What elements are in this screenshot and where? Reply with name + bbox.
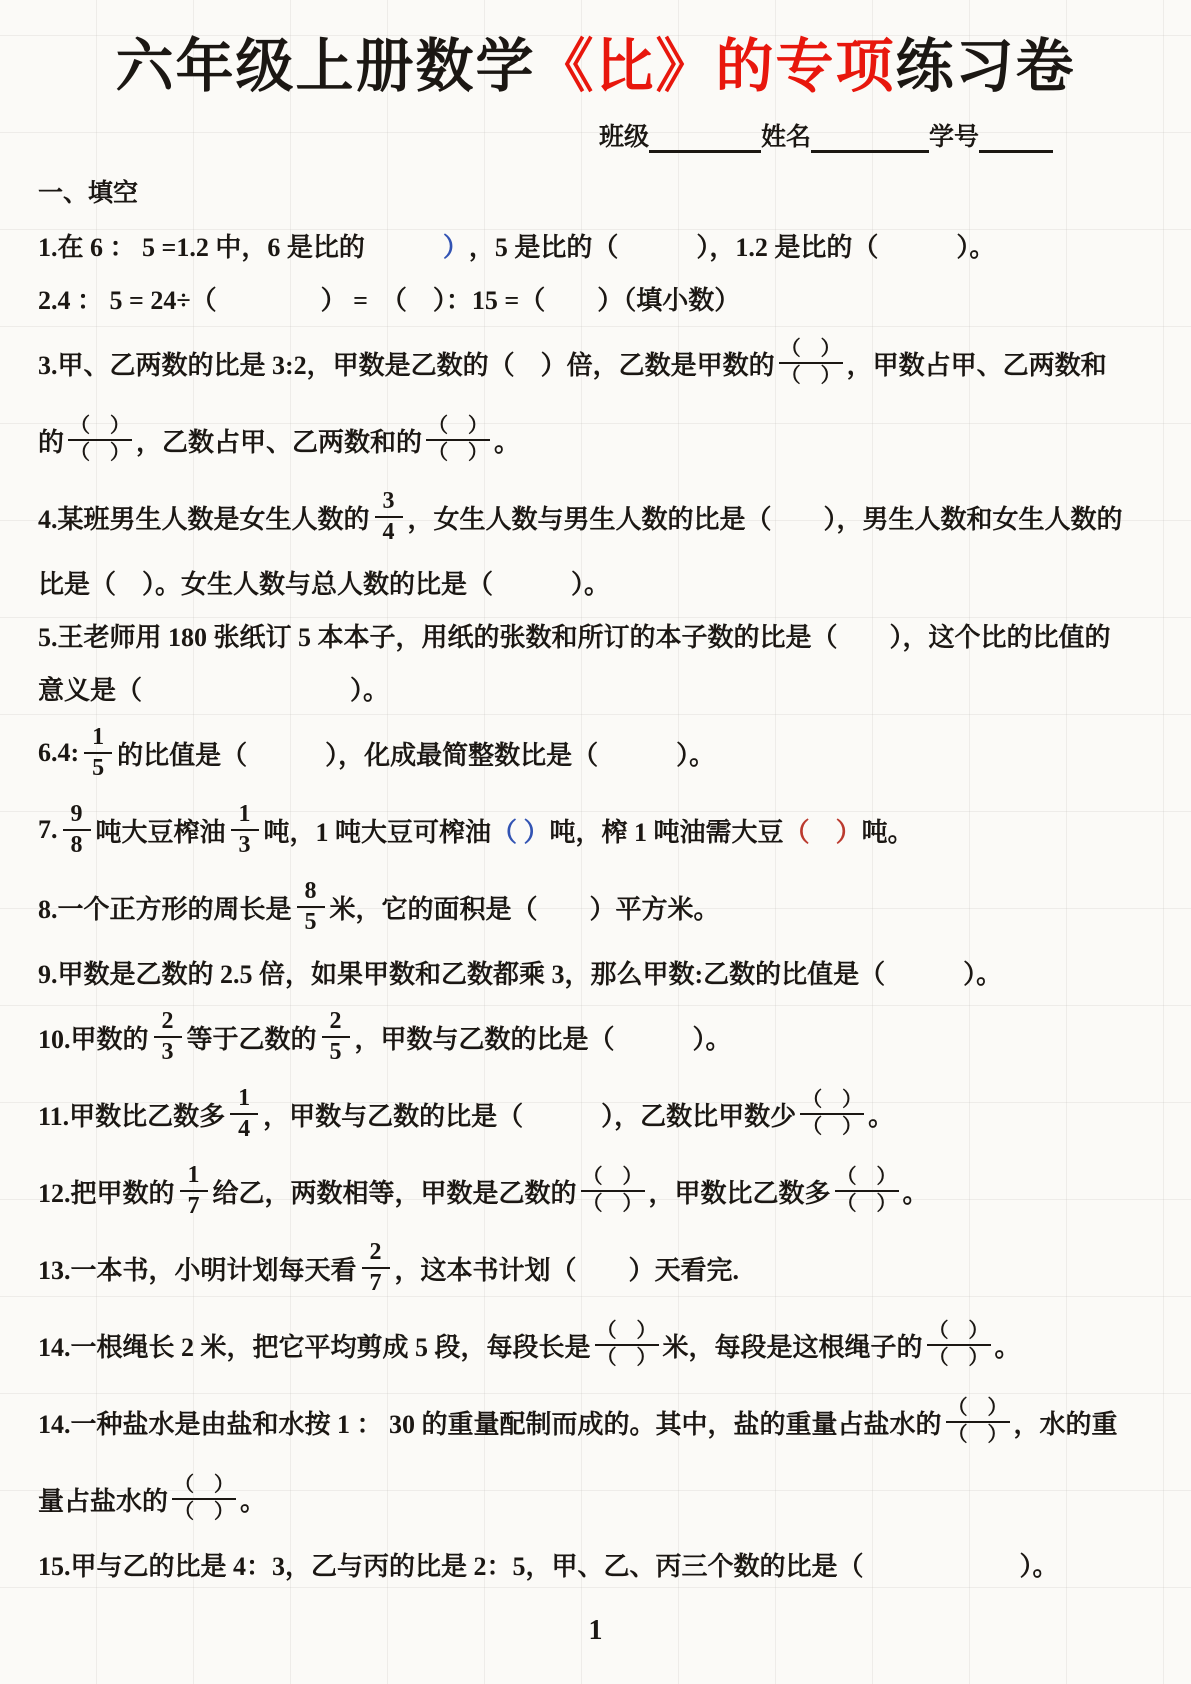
name-blank-line bbox=[811, 123, 929, 153]
fraction: 13 bbox=[231, 801, 259, 859]
question-text: ，甲数与乙数的比是（ ）。 bbox=[355, 1019, 732, 1056]
title-red-highlight: 《比》的专项 bbox=[535, 34, 895, 99]
fraction: 98 bbox=[63, 801, 91, 859]
numerator: （ ） bbox=[581, 1166, 645, 1192]
fraction: 14 bbox=[230, 1085, 258, 1143]
question-line: 量占盐水的（ ）（ ）。 bbox=[38, 1461, 1161, 1538]
question-line: 7.98吨大豆榨油13吨，1 吨大豆可榨油（ ）吨，榨 1 吨油需大豆（ ）吨。 bbox=[38, 792, 1161, 869]
question-line: 14.一种盐水是由盐和水按 1 ： 30 的重量配制而成的。其中，盐的重量占盐水… bbox=[38, 1384, 1161, 1461]
denominator: （ ） bbox=[583, 1192, 643, 1216]
numerator: 1 bbox=[230, 1085, 258, 1115]
question-text: 吨，榨 1 吨油需大豆 bbox=[550, 812, 784, 849]
denominator: （ ） bbox=[802, 1115, 862, 1139]
page-number: 1 bbox=[0, 1615, 1191, 1647]
numerator: （ ） bbox=[946, 1397, 1010, 1423]
student-info-row: 班级 姓名 学号 bbox=[0, 117, 1053, 153]
worksheet-page: 六年级上册数学《比》的专项练习卷 班级 姓名 学号 一、填空 1.在 6 ： 5… bbox=[0, 0, 1191, 1684]
numerator: （ ） bbox=[172, 1474, 236, 1500]
denominator: 3 bbox=[162, 1038, 174, 1066]
numerator: 2 bbox=[322, 1008, 350, 1038]
numerator: 2 bbox=[362, 1239, 390, 1269]
denominator: 4 bbox=[238, 1115, 250, 1143]
denominator: 5 bbox=[305, 908, 317, 936]
question-text: 3.甲、乙两数的比是 3:2，甲数是乙数的（ ）倍，乙数是甲数的 bbox=[38, 345, 775, 382]
class-label: 班级 bbox=[599, 117, 649, 153]
question-line: 4.某班男生人数是女生人数的34，女生人数与男生人数的比是（ ），男生人数和女生… bbox=[38, 479, 1161, 556]
question-text: ，这本书计划（ ）天看完. bbox=[395, 1250, 740, 1287]
question-line: 15.甲与乙的比是 4：3，乙与丙的比是 2：5，甲、乙、丙三个数的比是（ ）。 bbox=[38, 1538, 1161, 1591]
question-text: 比是（ ）。女生人数与总人数的比是（ ）。 bbox=[38, 564, 610, 601]
class-blank-line bbox=[649, 123, 761, 153]
denominator: （ ） bbox=[929, 1346, 989, 1370]
denominator: 8 bbox=[71, 831, 83, 859]
numerator: 8 bbox=[297, 878, 325, 908]
denominator: （ ） bbox=[597, 1346, 657, 1370]
question-text: ，女生人数与男生人数的比是（ ），男生人数和女生人数的 bbox=[408, 499, 1123, 536]
question-text: 4.某班男生人数是女生人数的 bbox=[38, 499, 370, 536]
question-text: 15.甲与乙的比是 4：3，乙与丙的比是 2：5，甲、乙、丙三个数的比是（ ）。 bbox=[38, 1546, 1059, 1583]
fraction: 34 bbox=[375, 488, 403, 546]
question-text: 10.甲数的 bbox=[38, 1019, 149, 1056]
question-line: 9.甲数是乙数的 2.5 倍，如果甲数和乙数都乘 3，那么甲数:乙数的比值是（ … bbox=[38, 946, 1161, 999]
numerator: （ ） bbox=[595, 1320, 659, 1346]
question-text: 吨。 bbox=[862, 812, 914, 849]
question-text: 。 bbox=[494, 422, 520, 459]
question-text: 。 bbox=[903, 1173, 929, 1210]
question-text: 吨大豆榨油 bbox=[96, 812, 226, 849]
question-text: 米，每段是这根绳子的 bbox=[663, 1327, 923, 1364]
name-field: 姓名 bbox=[761, 117, 929, 153]
question-text: 1.在 6 ： 5 =1.2 中，6 是比的 bbox=[38, 227, 443, 264]
numerator: （ ） bbox=[779, 338, 843, 364]
class-field: 班级 bbox=[599, 117, 761, 153]
question-line: 2.4 ： 5 = 24÷（ ） = （ ）：15 =（ ）（填小数） bbox=[38, 272, 1161, 325]
fraction: 15 bbox=[84, 724, 112, 782]
question-line: 的（ ）（ ），乙数占甲、乙两数和的（ ）（ ）。 bbox=[38, 402, 1161, 479]
question-line: 1.在 6 ： 5 =1.2 中，6 是比的 ），5 是比的（ ），1.2 是比… bbox=[38, 219, 1161, 272]
blank-fraction: （ ）（ ） bbox=[426, 415, 490, 465]
numerator: 3 bbox=[375, 488, 403, 518]
blank-fraction: （ ）（ ） bbox=[172, 1474, 236, 1524]
question-text: 。 bbox=[995, 1327, 1021, 1364]
blank-fraction: （ ）（ ） bbox=[927, 1320, 991, 1370]
question-text: ，甲数比乙数多 bbox=[649, 1173, 831, 1210]
question-line: 5.王老师用 180 张纸订 5 本本子，用纸的张数和所订的本子数的比是（ ），… bbox=[38, 609, 1161, 662]
numerator: （ ） bbox=[68, 415, 132, 441]
denominator: 3 bbox=[239, 831, 251, 859]
blank-fraction: （ ）（ ） bbox=[779, 338, 843, 388]
section-heading: 一、填空 bbox=[38, 173, 1191, 209]
denominator: （ ） bbox=[174, 1500, 234, 1524]
question-text: ，水的重 bbox=[1014, 1404, 1118, 1441]
student-number-label: 学号 bbox=[929, 117, 979, 153]
question-text: 给乙，两数相等，甲数是乙数的 bbox=[213, 1173, 577, 1210]
student-number-field: 学号 bbox=[929, 117, 1053, 153]
question-text: 。 bbox=[240, 1481, 266, 1518]
question-text: 7. bbox=[38, 815, 58, 845]
blank-fraction: （ ）（ ） bbox=[595, 1320, 659, 1370]
question-text: 12.把甲数的 bbox=[38, 1173, 175, 1210]
numerator: 1 bbox=[84, 724, 112, 754]
numerator: （ ） bbox=[927, 1320, 991, 1346]
question-text: 14.一种盐水是由盐和水按 1 ： 30 的重量配制而成的。其中，盐的重量占盐水… bbox=[38, 1404, 942, 1441]
worksheet-title: 六年级上册数学《比》的专项练习卷 bbox=[0, 0, 1191, 101]
blank-fraction: （ ）（ ） bbox=[68, 415, 132, 465]
denominator: （ ） bbox=[948, 1423, 1008, 1447]
denominator: 5 bbox=[92, 754, 104, 782]
question-line: 意义是（ ）。 bbox=[38, 662, 1161, 715]
question-text: 2.4 ： 5 = 24÷（ ） = （ ）：15 =（ ）（填小数） bbox=[38, 280, 740, 317]
question-line: 11.甲数比乙数多14，甲数与乙数的比是（ ），乙数比甲数少（ ）（ ）。 bbox=[38, 1076, 1161, 1153]
denominator: 4 bbox=[383, 518, 395, 546]
question-line: 3.甲、乙两数的比是 3:2，甲数是乙数的（ ）倍，乙数是甲数的（ ）（ ），甲… bbox=[38, 325, 1161, 402]
questions-list: 1.在 6 ： 5 =1.2 中，6 是比的 ），5 是比的（ ），1.2 是比… bbox=[38, 219, 1161, 1591]
question-line: 14.一根绳长 2 米，把它平均剪成 5 段，每段长是（ ）（ ）米，每段是这根… bbox=[38, 1307, 1161, 1384]
numerator: 9 bbox=[63, 801, 91, 831]
fraction: 17 bbox=[180, 1162, 208, 1220]
question-text: 13.一本书，小明计划每天看 bbox=[38, 1250, 357, 1287]
question-text: 意义是（ ）。 bbox=[38, 670, 389, 707]
blank-fraction: （ ）（ ） bbox=[581, 1166, 645, 1216]
question-text: ，乙数占甲、乙两数和的 bbox=[136, 422, 422, 459]
question-line: 比是（ ）。女生人数与总人数的比是（ ）。 bbox=[38, 556, 1161, 609]
fraction: 23 bbox=[154, 1008, 182, 1066]
numerator: 1 bbox=[231, 801, 259, 831]
numerator: （ ） bbox=[800, 1089, 864, 1115]
question-text: 9.甲数是乙数的 2.5 倍，如果甲数和乙数都乘 3，那么甲数:乙数的比值是（ … bbox=[38, 954, 1002, 991]
question-line: 10.甲数的23等于乙数的25，甲数与乙数的比是（ ）。 bbox=[38, 999, 1161, 1076]
question-text: 11.甲数比乙数多 bbox=[38, 1096, 225, 1133]
numerator: （ ） bbox=[835, 1166, 899, 1192]
question-text: 等于乙数的 bbox=[187, 1019, 317, 1056]
title-black-suffix: 练习卷 bbox=[896, 34, 1076, 99]
numerator: 1 bbox=[180, 1162, 208, 1192]
question-line: 13.一本书，小明计划每天看27，这本书计划（ ）天看完. bbox=[38, 1230, 1161, 1307]
blank-fraction: （ ）（ ） bbox=[835, 1166, 899, 1216]
question-text: 的 bbox=[38, 422, 64, 459]
pen-mark: ） bbox=[443, 227, 469, 264]
numerator: （ ） bbox=[426, 415, 490, 441]
question-text: 量占盐水的 bbox=[38, 1481, 168, 1518]
question-text: ，甲数占甲、乙两数和 bbox=[847, 345, 1107, 382]
question-text: ，5 是比的（ ），1.2 是比的（ ）。 bbox=[469, 227, 996, 264]
question-text: ，甲数与乙数的比是（ ），乙数比甲数少 bbox=[263, 1096, 796, 1133]
denominator: 7 bbox=[188, 1192, 200, 1220]
fraction: 25 bbox=[322, 1008, 350, 1066]
question-text: 的比值是（ ），化成最简整数比是（ ）。 bbox=[117, 735, 715, 772]
blank-fraction: （ ）（ ） bbox=[800, 1089, 864, 1139]
pen-mark: （ ） bbox=[784, 812, 862, 849]
pen-mark: （ ） bbox=[491, 812, 550, 849]
denominator: 7 bbox=[370, 1269, 382, 1297]
question-text: 米，它的面积是（ ）平方米。 bbox=[330, 889, 720, 926]
denominator: 5 bbox=[330, 1038, 342, 1066]
denominator: （ ） bbox=[70, 441, 130, 465]
question-line: 8.一个正方形的周长是85米，它的面积是（ ）平方米。 bbox=[38, 869, 1161, 946]
fraction: 27 bbox=[362, 1239, 390, 1297]
question-text: 6.4: bbox=[38, 738, 79, 768]
question-line: 12.把甲数的17给乙，两数相等，甲数是乙数的（ ）（ ），甲数比乙数多（ ）（… bbox=[38, 1153, 1161, 1230]
denominator: （ ） bbox=[781, 364, 841, 388]
fraction: 85 bbox=[297, 878, 325, 936]
question-text: 吨，1 吨大豆可榨油 bbox=[264, 812, 492, 849]
question-text: 14.一根绳长 2 米，把它平均剪成 5 段，每段长是 bbox=[38, 1327, 591, 1364]
question-text: 5.王老师用 180 张纸订 5 本本子，用纸的张数和所订的本子数的比是（ ），… bbox=[38, 617, 1111, 654]
question-text: 8.一个正方形的周长是 bbox=[38, 889, 292, 926]
denominator: （ ） bbox=[837, 1192, 897, 1216]
blank-fraction: （ ）（ ） bbox=[946, 1397, 1010, 1447]
denominator: （ ） bbox=[428, 441, 488, 465]
student-number-blank-line bbox=[979, 123, 1053, 153]
name-label: 姓名 bbox=[761, 117, 811, 153]
question-text: 。 bbox=[868, 1096, 894, 1133]
numerator: 2 bbox=[154, 1008, 182, 1038]
question-line: 6.4:15的比值是（ ），化成最简整数比是（ ）。 bbox=[38, 715, 1161, 792]
title-black-prefix: 六年级上册数学 bbox=[115, 34, 535, 99]
